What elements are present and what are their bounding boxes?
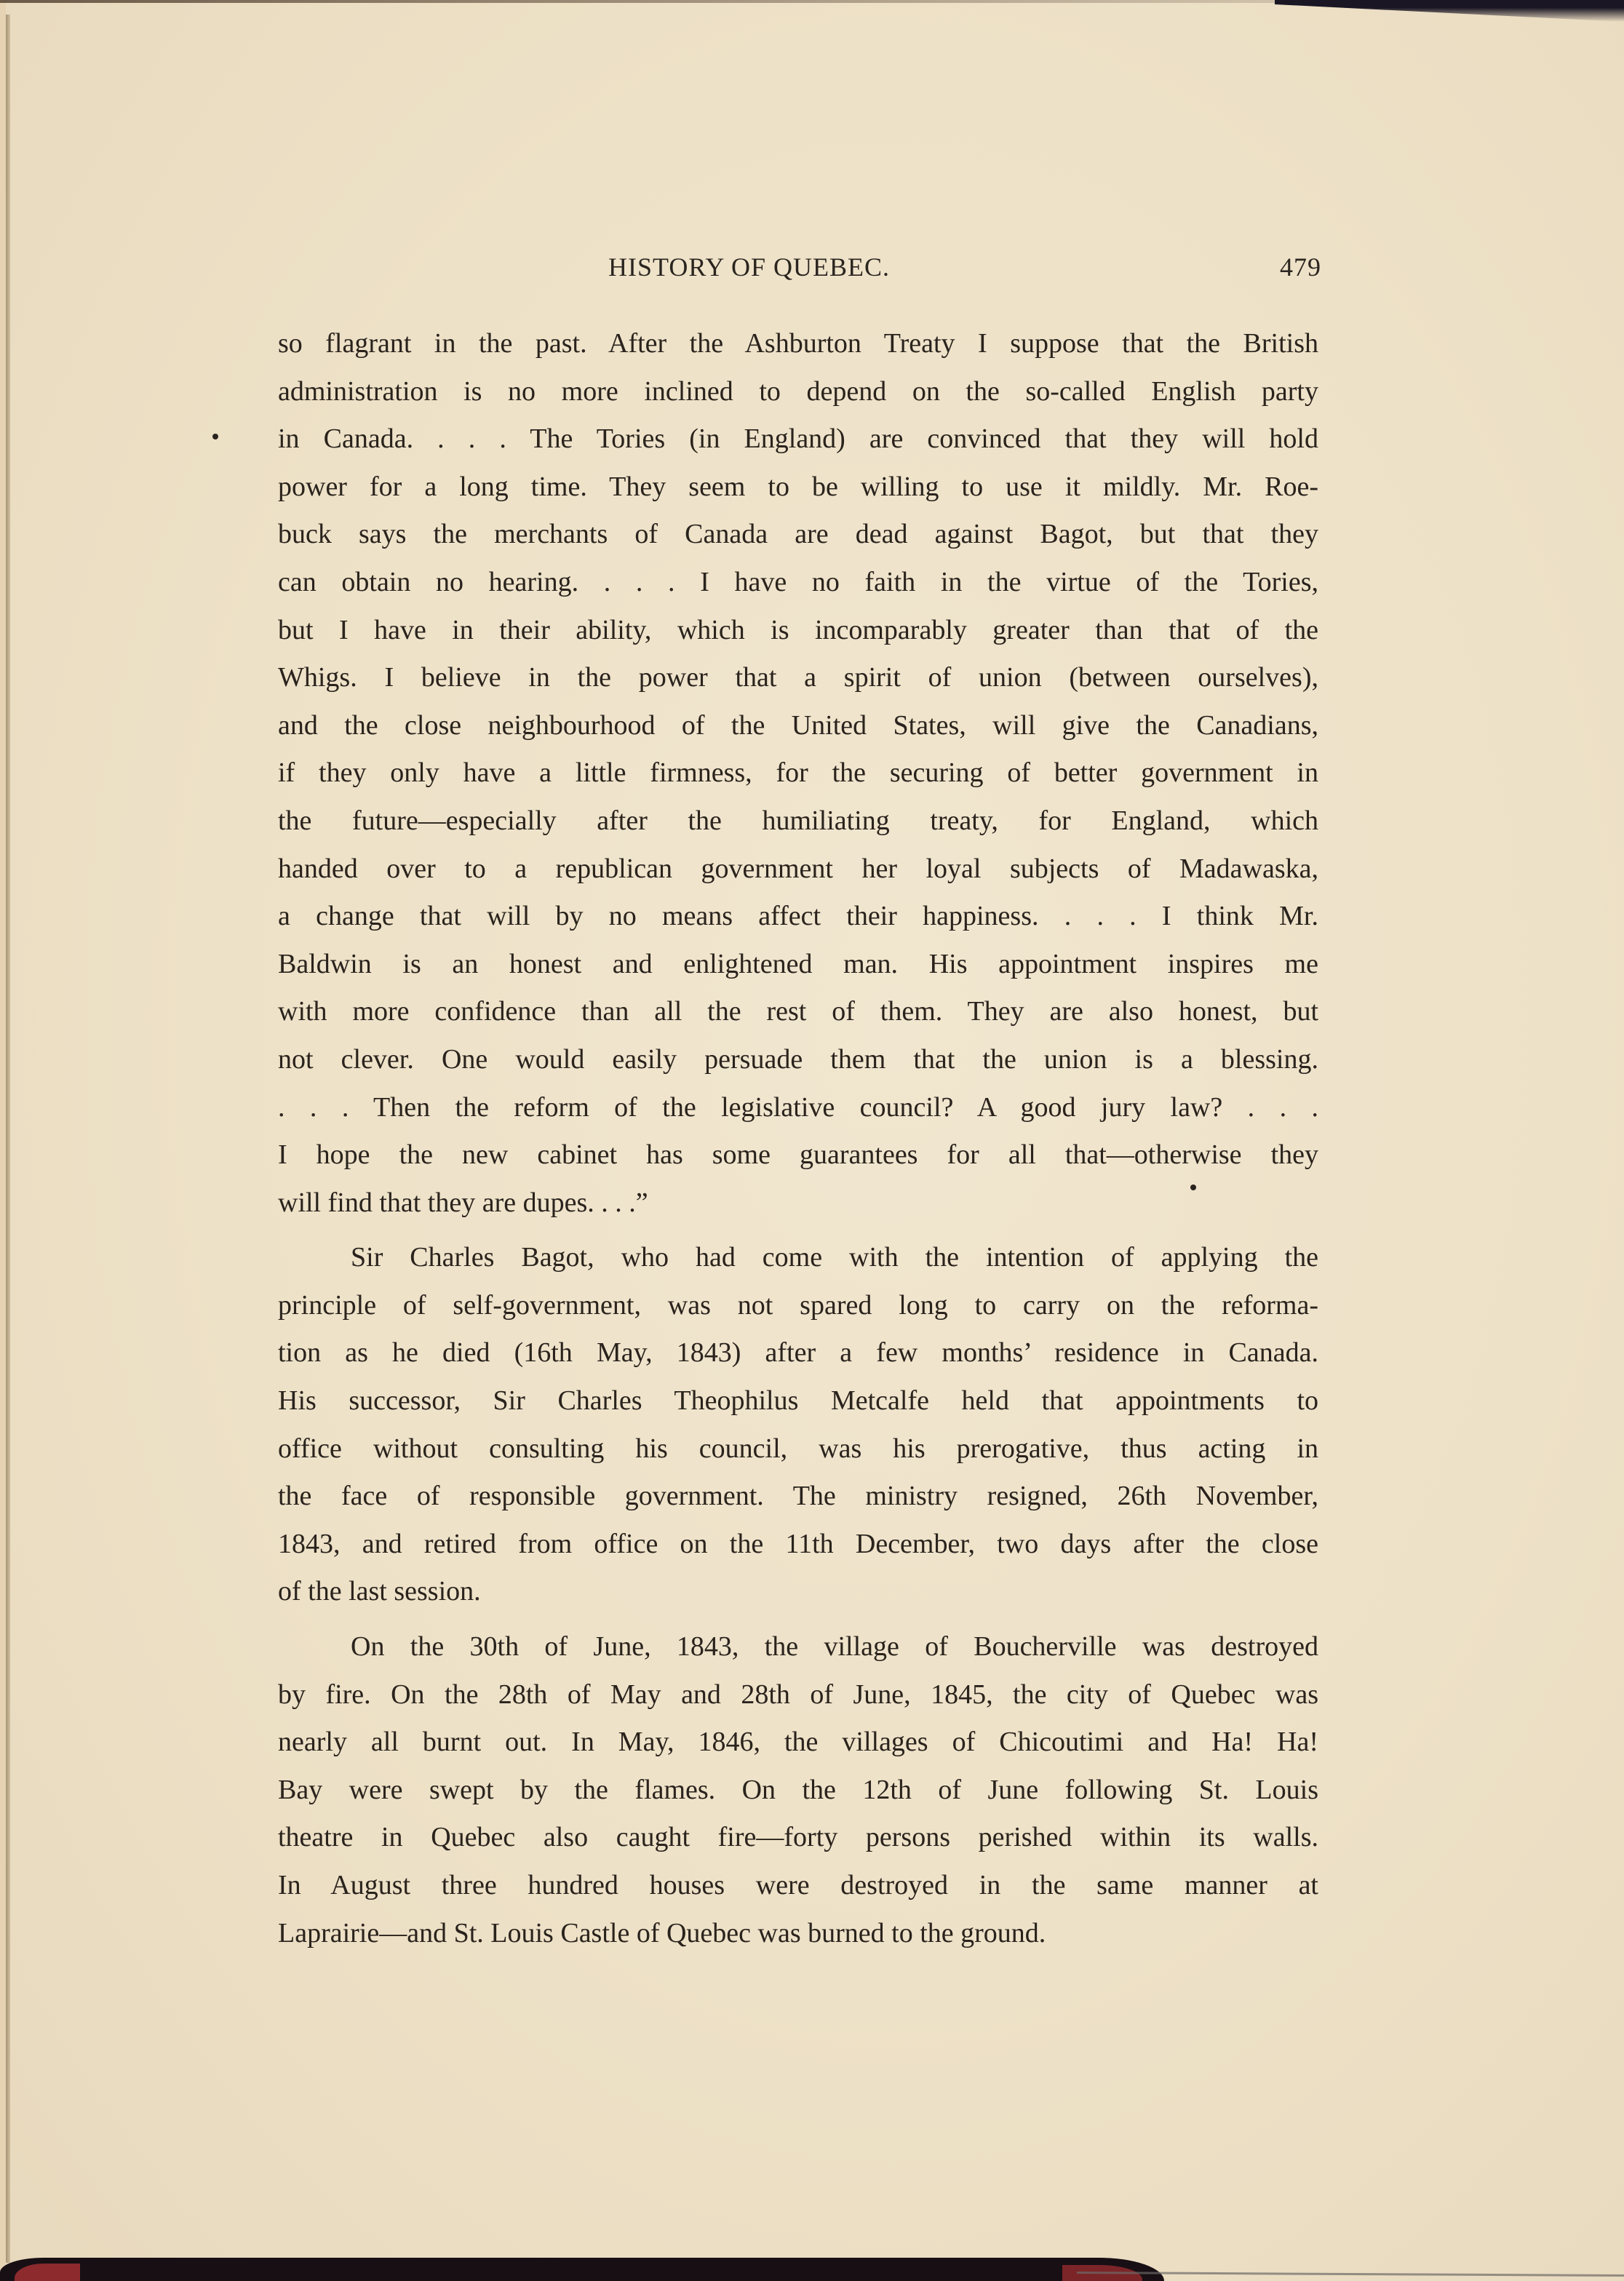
text-line: a change that will by no means affect th… xyxy=(278,893,1318,941)
text-line: nearly all burnt out. In May, 1846, the … xyxy=(278,1719,1318,1767)
text-line: Whigs. I believe in the power that a spi… xyxy=(278,654,1318,702)
text-line: by fire. On the 28th of May and 28th of … xyxy=(278,1671,1318,1719)
text-line: Laprairie—and St. Louis Castle of Quebec… xyxy=(278,1910,1318,1958)
paragraph-quote-continuation: so flagrant in the past. After the Ashbu… xyxy=(278,320,1318,1227)
page-gutter-edge xyxy=(0,0,6,2281)
text-line: I hope the new cabinet has some guarante… xyxy=(278,1131,1318,1179)
text-line: so flagrant in the past. After the Ashbu… xyxy=(278,320,1318,368)
text-line: power for a long time. They seem to be w… xyxy=(278,463,1318,511)
running-head-title: HISTORY OF QUEBEC. xyxy=(608,252,890,282)
text-line: can obtain no hearing. . . . I have no f… xyxy=(278,559,1318,607)
text-line: theatre in Quebec also caught fire—forty… xyxy=(278,1814,1318,1862)
text-line: the face of responsible government. The … xyxy=(278,1473,1318,1521)
text-line: principle of self-government, was not sp… xyxy=(278,1282,1318,1330)
text-line: Sir Charles Bagot, who had come with the… xyxy=(278,1234,1318,1282)
page-top-edge xyxy=(0,0,1310,3)
text-line: handed over to a republican government h… xyxy=(278,845,1318,893)
text-line: On the 30th of June, 1843, the village o… xyxy=(278,1623,1318,1671)
paragraph-fires: On the 30th of June, 1843, the village o… xyxy=(278,1623,1318,1957)
paragraph-bagot: Sir Charles Bagot, who had come with the… xyxy=(278,1234,1318,1616)
page-binding-line xyxy=(6,15,10,2263)
ink-speck xyxy=(212,434,218,439)
text-line: if they only have a little firmness, for… xyxy=(278,749,1318,797)
text-line: in Canada. . . . The Tories (in England)… xyxy=(278,415,1318,463)
cover-shadow xyxy=(1275,0,1624,22)
text-line: but I have in their ability, which is in… xyxy=(278,607,1318,655)
body-text: so flagrant in the past. After the Ashbu… xyxy=(278,320,1318,1957)
text-line: the future—especially after the humiliat… xyxy=(278,797,1318,845)
text-line: office without consulting his council, w… xyxy=(278,1425,1318,1473)
book-cover-edge xyxy=(0,2258,1164,2281)
book-page: HISTORY OF QUEBEC. 479 so flagrant in th… xyxy=(0,0,1624,2281)
text-line: with more confidence than all the rest o… xyxy=(278,988,1318,1036)
text-line: not clever. One would easily persuade th… xyxy=(278,1036,1318,1084)
text-line: and the close neighbourhood of the Unite… xyxy=(278,702,1318,750)
text-line: administration is no more inclined to de… xyxy=(278,368,1318,416)
text-line: Baldwin is an honest and enlightened man… xyxy=(278,941,1318,989)
text-line: His successor, Sir Charles Theophilus Me… xyxy=(278,1377,1318,1425)
text-line: In August three hundred houses were dest… xyxy=(278,1862,1318,1910)
text-line: . . . Then the reform of the legislative… xyxy=(278,1084,1318,1132)
ink-speck xyxy=(1190,1185,1196,1190)
text-line: tion as he died (16th May, 1843) after a… xyxy=(278,1329,1318,1377)
text-line: Bay were swept by the flames. On the 12t… xyxy=(278,1767,1318,1815)
running-head: HISTORY OF QUEBEC. 479 xyxy=(608,252,1321,285)
text-line: buck says the merchants of Canada are de… xyxy=(278,511,1318,559)
text-line: of the last session. xyxy=(278,1568,1318,1616)
page-number: 479 xyxy=(1280,252,1321,282)
text-line: will find that they are dupes. . . .” xyxy=(278,1179,1318,1227)
text-line: 1843, and retired from office on the 11t… xyxy=(278,1521,1318,1569)
